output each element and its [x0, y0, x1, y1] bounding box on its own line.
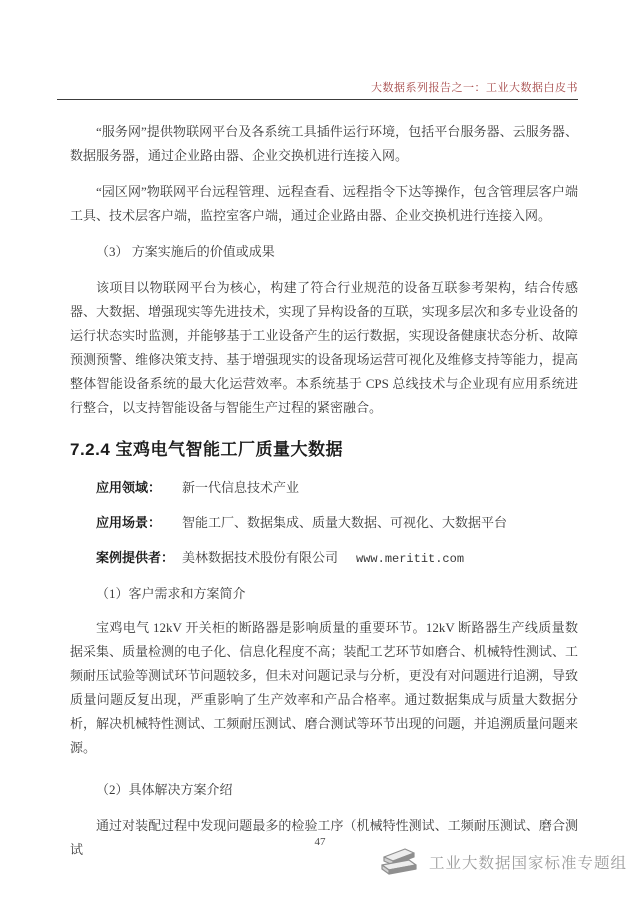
section-heading-724: 7.2.4 宝鸡电气智能工厂质量大数据 — [70, 437, 578, 463]
case-meta-fields: 应用领域： 新一代信息技术产业 应用场景： 智能工厂、数据集成、质量大数据、可视… — [70, 476, 578, 571]
paragraph-project-value: 该项目以物联网平台为核心，构建了符合行业规范的设备互联参考架构，结合传感器、大数… — [70, 276, 578, 420]
paragraph-customer-requirement: 宝鸡电气 12kV 开关柜的断路器是影响质量的重要环节。12kV 断路器生产线质… — [70, 616, 578, 760]
list-item-3-heading: （3） 方案实施后的价值或成果 — [70, 240, 578, 264]
field-application-scene-label: 应用场景： — [96, 511, 182, 535]
provider-website-text: www.meritit.com — [356, 547, 464, 571]
field-application-domain-value: 新一代信息技术产业 — [182, 476, 299, 500]
field-case-provider: 案例提供者： 美林数据技术股份有限公司 www.meritit.com — [96, 546, 578, 571]
page-header: 大数据系列报告之一：工业大数据白皮书 — [57, 0, 578, 100]
field-application-domain: 应用领域： 新一代信息技术产业 — [96, 476, 578, 500]
stacked-books-icon — [379, 846, 419, 878]
paragraph-service-net: “服务网”提供物联网平台及各系统工具插件运行环境，包括平台服务器、云服务器、数据… — [70, 120, 578, 168]
field-case-provider-label: 案例提供者： — [96, 546, 182, 570]
field-case-provider-value: 美林数据技术股份有限公司 — [182, 546, 338, 570]
document-page: 大数据系列报告之一：工业大数据白皮书 “服务网”提供物联网平台及各系统工具插件运… — [0, 0, 640, 906]
field-application-domain-label: 应用领域： — [96, 476, 182, 500]
org-name: 工业大数据国家标准专题组 — [429, 851, 627, 873]
sub-heading-1: （1）客户需求和方案简介 — [70, 582, 578, 606]
sub-heading-2: （2）具体解决方案介绍 — [70, 778, 578, 802]
field-application-scene-value: 智能工厂、数据集成、质量大数据、可视化、大数据平台 — [182, 511, 507, 535]
field-application-scene: 应用场景： 智能工厂、数据集成、质量大数据、可视化、大数据平台 — [96, 511, 578, 535]
paragraph-park-net: “园区网”物联网平台远程管理、远程查看、远程指令下达等操作，包含管理层客户端工具… — [70, 180, 578, 228]
header-title: 大数据系列报告之一：工业大数据白皮书 — [371, 82, 578, 94]
org-logo: 工业大数据国家标准专题组 — [379, 846, 627, 878]
